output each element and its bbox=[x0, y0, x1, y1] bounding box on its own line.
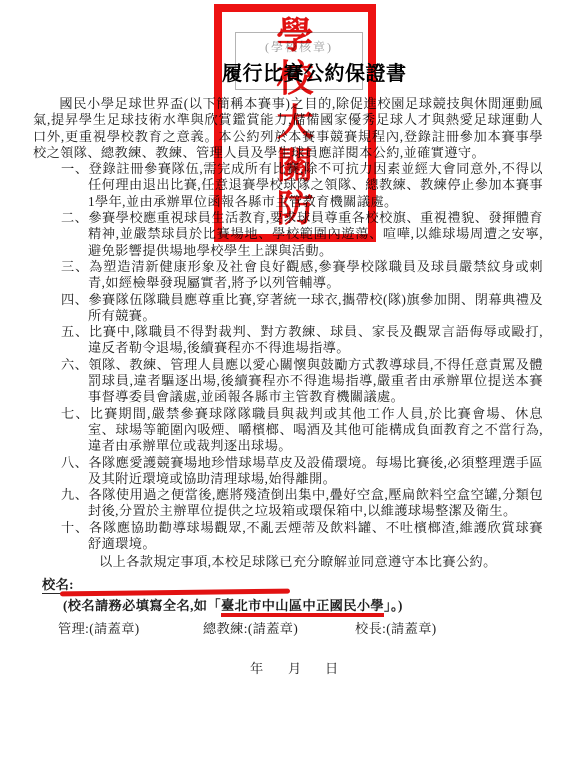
school-seal-placeholder-label: (學校核章) bbox=[236, 38, 362, 55]
date-row: 年 月 日 bbox=[33, 661, 543, 679]
note-prefix: (校名請務必填寫全名,如「 bbox=[63, 598, 221, 613]
rule-text: 領隊、教練、管理人員應以愛心關懷與鼓勵方式教導球員,不得任意責罵及體罰球員,違者… bbox=[88, 357, 543, 405]
pledge-document-page: (學校核章) 履行比賽公約保證書 學 校 大 關 防 國民小學足球世界盃(以下簡… bbox=[0, 0, 576, 759]
school-name-note: (校名請務必填寫全名,如「臺北市中山區中正國民小學」。) bbox=[63, 598, 543, 614]
rule-number: 六、 bbox=[61, 357, 88, 372]
rule-item: 九、各隊使用過之便當後,應將殘渣倒出集中,疊好空盒,壓扁飲料空盒空罐,分類包封後… bbox=[33, 487, 543, 520]
rule-text: 比賽期間,嚴禁參賽球隊隊職員與裁判或其他工作人員,於比賽會場、休息室、球場等範圍… bbox=[88, 406, 543, 454]
rule-number: 九、 bbox=[61, 487, 88, 502]
document-title: 履行比賽公約保證書 bbox=[222, 57, 407, 86]
document-body: 國民小學足球世界盃(以下簡稱本賽事)之目的,除促進校園足球競技與休閒運動風氣,提… bbox=[33, 96, 543, 679]
red-underline-mark bbox=[60, 588, 290, 595]
rule-item: 五、比賽中,隊職員不得對裁判、對方教練、球員、家長及觀眾言語侮辱或毆打,違反者勒… bbox=[33, 324, 543, 357]
note-suffix: 」。) bbox=[384, 598, 403, 613]
rule-text: 各隊使用過之便當後,應將殘渣倒出集中,疊好空盒,壓扁飲料空盒空罐,分類包封後,分… bbox=[88, 487, 543, 518]
rule-item: 七、比賽期間,嚴禁參賽球隊隊職員與裁判或其他工作人員,於比賽會場、休息室、球場等… bbox=[33, 406, 543, 455]
rule-text: 參賽隊伍隊職員應尊重比賽,穿著統一球衣,攜帶校(隊)旗參加開、閉幕典禮及所有競賽… bbox=[88, 292, 543, 323]
signature-principal: 校長:(請蓋章) bbox=[355, 621, 437, 637]
signature-manager: 管理:(請蓋章) bbox=[58, 621, 140, 637]
signature-stamp-note: (請蓋章) bbox=[248, 621, 298, 636]
rule-item: 四、參賽隊伍隊職員應尊重比賽,穿著統一球衣,攜帶校(隊)旗參加開、閉幕典禮及所有… bbox=[33, 292, 543, 325]
rule-text: 參賽學校應重視球員生活教育,要求球員尊重各校校旗、重視禮貌、發揮體育精神,並嚴禁… bbox=[88, 210, 543, 258]
rule-item: 十、各隊應協助勸導球場觀眾,不亂丟煙蒂及飲料罐、不吐檳榔渣,維護欣賞球賽舒適環境… bbox=[33, 520, 543, 553]
signature-label: 總教練: bbox=[203, 621, 248, 636]
school-name-row: 校名: bbox=[33, 577, 543, 596]
rule-text: 為塑造清新健康形象及社會良好觀感,參賽學校隊職員及球員嚴禁紋身或刺青,如經檢舉發… bbox=[88, 259, 543, 290]
signature-row: 管理:(請蓋章) 總教練:(請蓋章) 校長:(請蓋章) bbox=[33, 621, 543, 639]
rule-item: 八、各隊應愛護競賽場地珍惜球場草皮及設備環境。每場比賽後,必須整理選手區及其附近… bbox=[33, 455, 543, 488]
rule-number: 三、 bbox=[61, 259, 89, 274]
rule-number: 一、 bbox=[61, 161, 89, 176]
rule-number: 八、 bbox=[61, 455, 88, 470]
rule-item: 一、登錄註冊參賽隊伍,需完成所有比賽,除不可抗力因素並經大會同意外,不得以任何理… bbox=[33, 161, 543, 210]
closing-statement: 以上各款規定事項,本校足球隊已充分瞭解並同意遵守本比賽公約。 bbox=[33, 554, 543, 570]
intro-paragraph: 國民小學足球世界盃(以下簡稱本賽事)之目的,除促進校園足球競技與休閒運動風氣,提… bbox=[33, 96, 543, 161]
date-day-label: 日 bbox=[325, 661, 339, 677]
signature-label: 校長: bbox=[355, 621, 386, 636]
rule-number: 七、 bbox=[61, 406, 90, 421]
rule-number: 二、 bbox=[61, 210, 88, 225]
signature-head-coach: 總教練:(請蓋章) bbox=[203, 621, 298, 637]
school-name-example-underlined: 臺北市中山區中正國民小學 bbox=[221, 598, 384, 617]
rule-number: 四、 bbox=[61, 292, 88, 307]
rule-number: 五、 bbox=[61, 324, 89, 339]
rule-number: 十、 bbox=[61, 520, 89, 535]
date-month-label: 月 bbox=[288, 661, 302, 677]
rule-text: 各隊應愛護競賽場地珍惜球場草皮及設備環境。每場比賽後,必須整理選手區及其附近環境… bbox=[88, 455, 543, 486]
rules-list: 一、登錄註冊參賽隊伍,需完成所有比賽,除不可抗力因素並經大會同意外,不得以任何理… bbox=[33, 161, 543, 552]
rule-item: 三、為塑造清新健康形象及社會良好觀感,參賽學校隊職員及球員嚴禁紋身或刺青,如經檢… bbox=[33, 259, 543, 292]
rule-text: 比賽中,隊職員不得對裁判、對方教練、球員、家長及觀眾言語侮辱或毆打,違反者勒令退… bbox=[88, 324, 543, 355]
rule-item: 二、參賽學校應重視球員生活教育,要求球員尊重各校校旗、重視禮貌、發揮體育精神,並… bbox=[33, 210, 543, 259]
date-year-label: 年 bbox=[250, 661, 264, 677]
rule-text: 各隊應協助勸導球場觀眾,不亂丟煙蒂及飲料罐、不吐檳榔渣,維護欣賞球賽舒適環境。 bbox=[88, 520, 543, 551]
signature-stamp-note: (請蓋章) bbox=[386, 621, 436, 636]
signature-label: 管理: bbox=[58, 621, 89, 636]
rule-text: 登錄註冊參賽隊伍,需完成所有比賽,除不可抗力因素並經大會同意外,不得以任何理由退… bbox=[88, 161, 543, 209]
signature-stamp-note: (請蓋章) bbox=[89, 621, 139, 636]
rule-item: 六、領隊、教練、管理人員應以愛心關懷與鼓勵方式教導球員,不得任意責罵及體罰球員,… bbox=[33, 357, 543, 406]
